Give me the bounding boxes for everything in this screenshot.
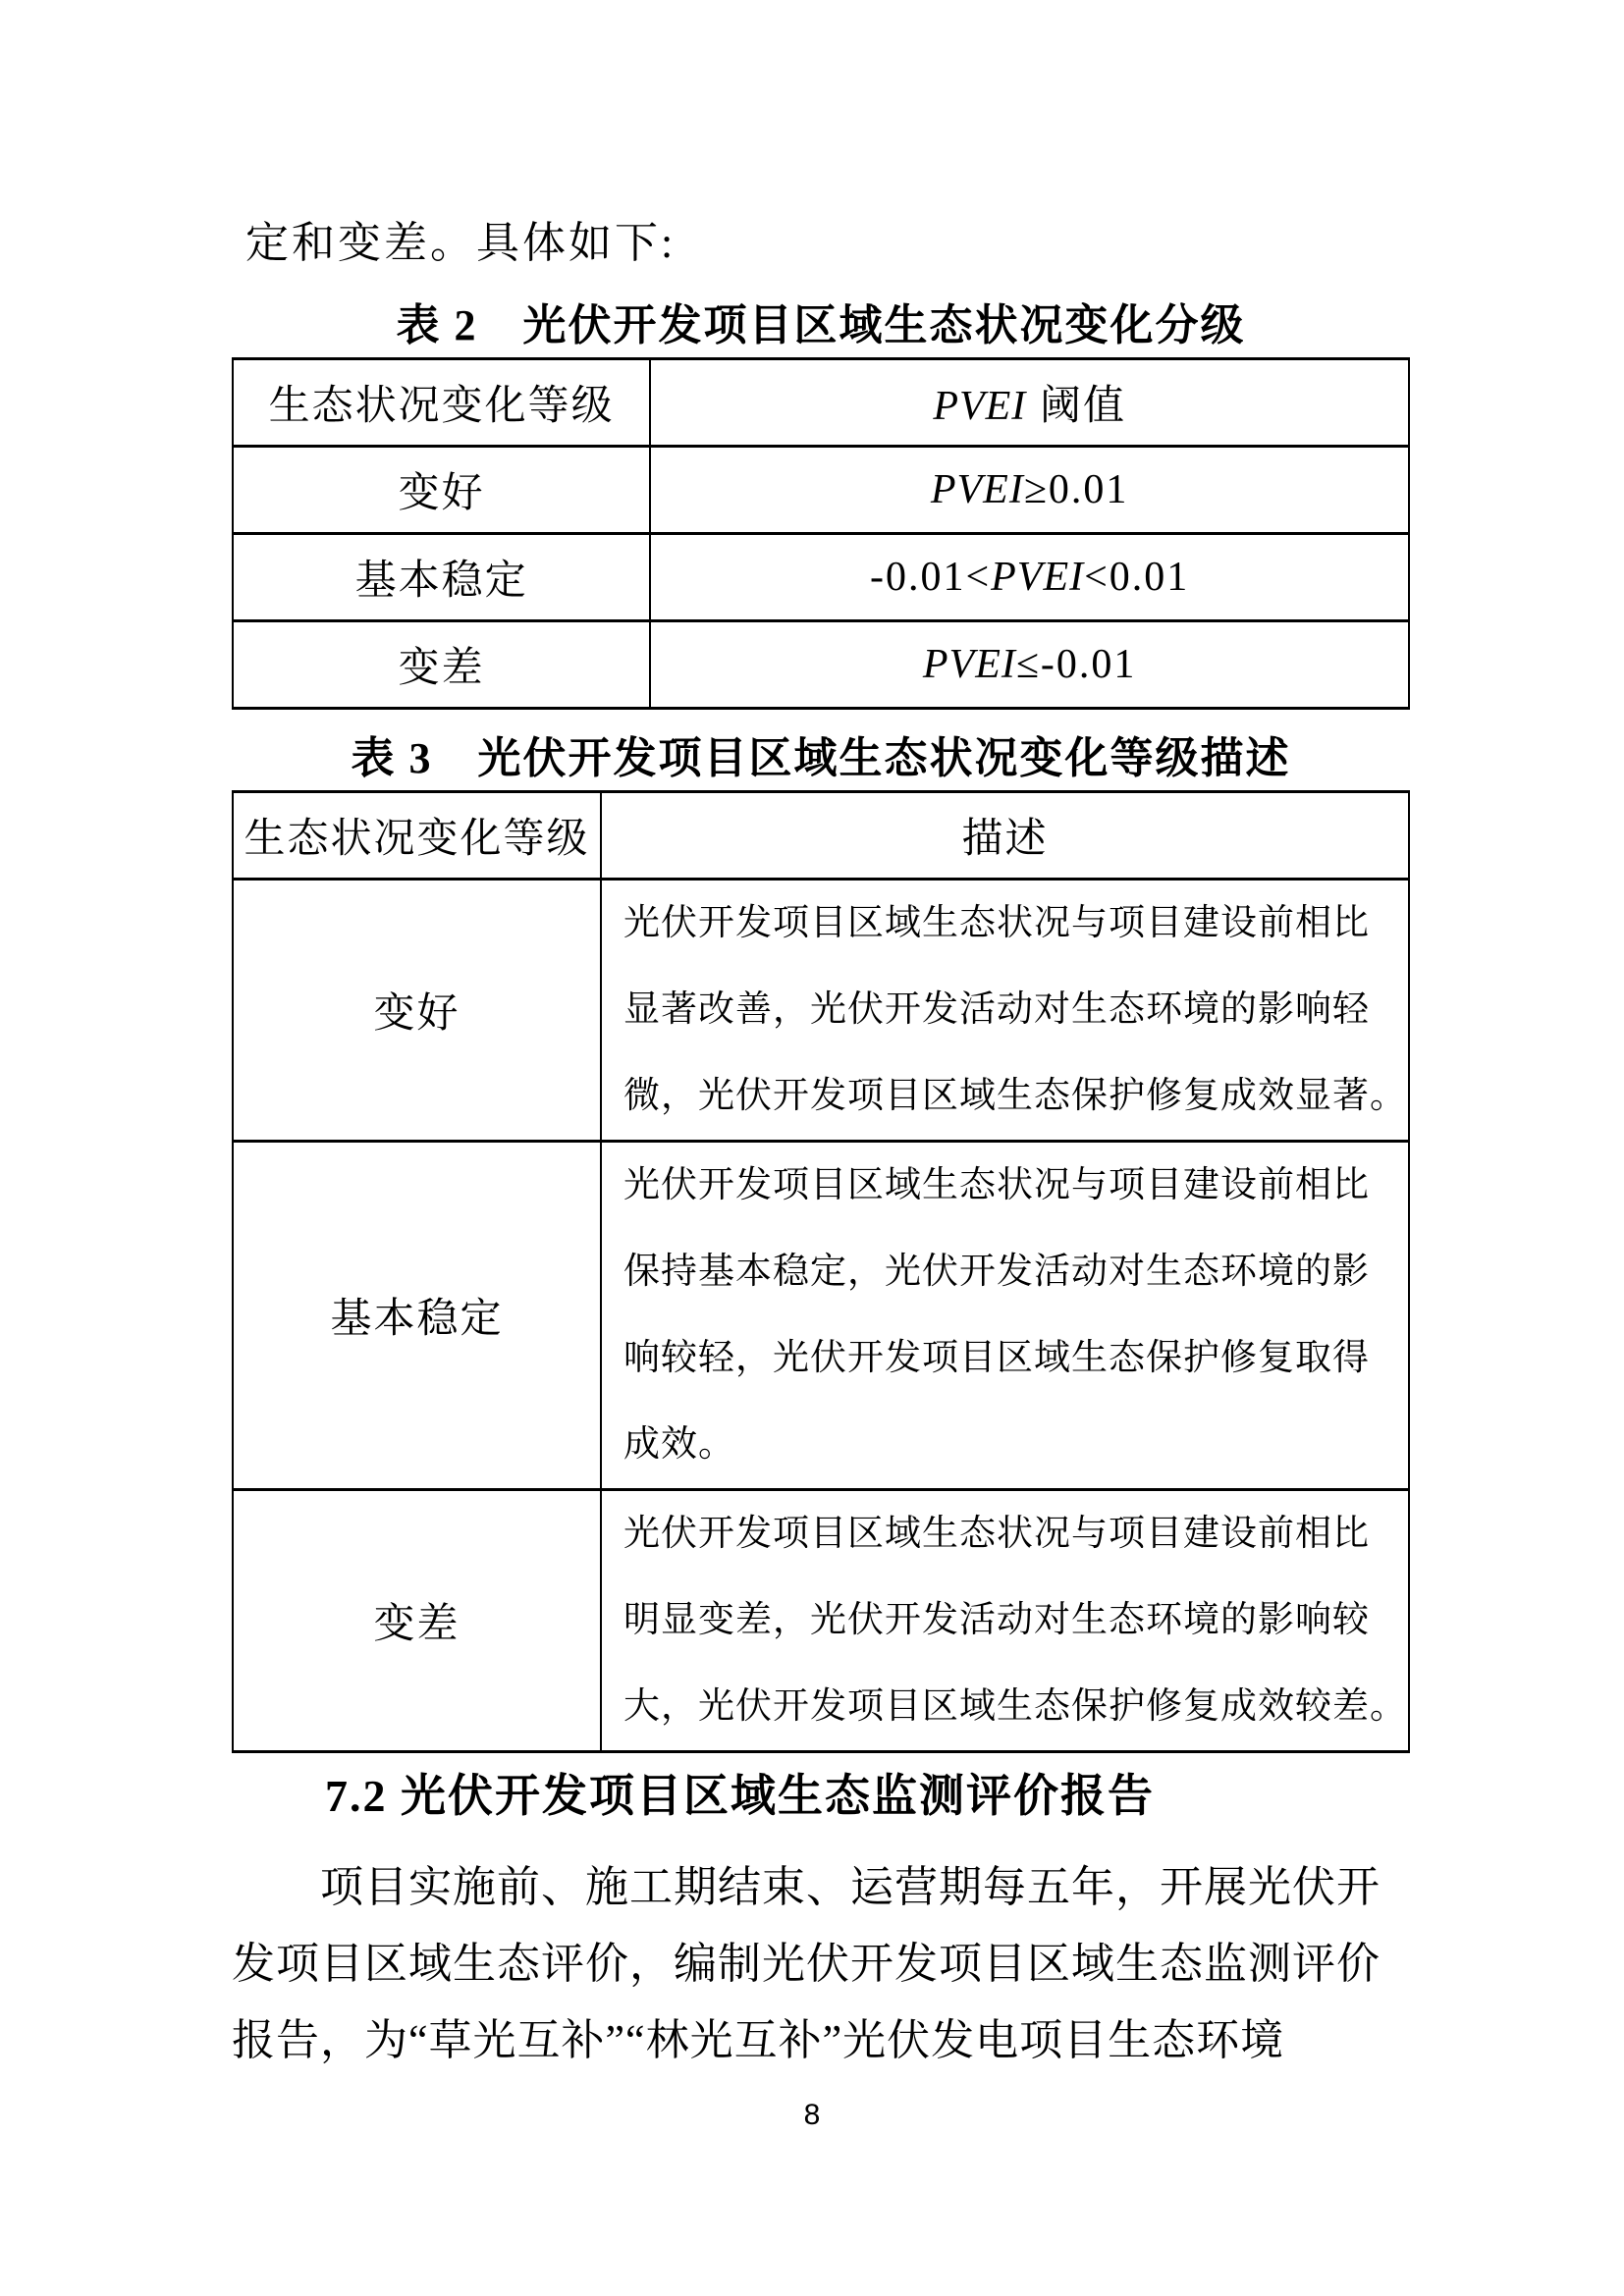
table2-row-worse: 变差 PVEI≤-0.01 [233, 621, 1409, 709]
description-line: 微，光伏开发项目区域生态保护修复成效显著。 [623, 1053, 1402, 1140]
level-cell: 变差 [233, 621, 650, 709]
table3-header-row: 生态状况变化等级 描述 [233, 792, 1409, 880]
threshold-post: ≤-0.01 [1016, 642, 1137, 687]
table2-header-threshold: PVEI 阈值 [650, 359, 1409, 447]
table3-row-stable: 基本稳定 光伏开发项目区域生态状况与项目建设前相比 保持基本稳定，光伏开发活动对… [233, 1142, 1409, 1490]
body-paragraph: 项目实施前、施工期结束、运营期每五年，开展光伏开 发项目区域生态评价，编制光伏开… [232, 1849, 1410, 2079]
description-line: 显著改善，光伏开发活动对生态环境的影响轻 [623, 967, 1402, 1053]
level-cell: 变好 [233, 447, 650, 534]
threshold-pre: -0.01< [870, 555, 991, 600]
level-cell: 基本稳定 [233, 534, 650, 621]
pvei-variable: PVEI [991, 555, 1084, 600]
table3-header-description: 描述 [601, 792, 1409, 880]
threshold-cell: PVEI≥0.01 [650, 447, 1409, 534]
description-line: 响较轻，光伏开发项目区域生态保护修复取得 [623, 1315, 1402, 1402]
level-cell: 变差 [233, 1490, 601, 1752]
description-line: 成效。 [623, 1402, 1402, 1488]
pvei-variable: PVEI [931, 467, 1024, 512]
intro-text: 定和变差。具体如下: [232, 216, 1410, 271]
section-heading-7-2: 7.2 光伏开发项目区域生态监测评价报告 [232, 1769, 1410, 1824]
paragraph-line: 发项目区域生态评价，编制光伏开发项目区域生态监测评价 [232, 1926, 1410, 2002]
pvei-variable: PVEI [923, 642, 1016, 687]
threshold-post: ≥0.01 [1024, 467, 1129, 512]
description-line: 光伏开发项目区域生态状况与项目建设前相比 [623, 1491, 1402, 1577]
description-cell: 光伏开发项目区域生态状况与项目建设前相比 显著改善，光伏开发活动对生态环境的影响… [601, 880, 1409, 1142]
level-cell: 变好 [233, 880, 601, 1142]
threshold-label: 阈值 [1026, 382, 1126, 428]
description-cell: 光伏开发项目区域生态状况与项目建设前相比 保持基本稳定，光伏开发活动对生态环境的… [601, 1142, 1409, 1490]
description-line: 保持基本稳定，光伏开发活动对生态环境的影 [623, 1229, 1402, 1315]
level-cell: 基本稳定 [233, 1142, 601, 1490]
table3-title: 表 3 光伏开发项目区域生态状况变化等级描述 [232, 733, 1410, 784]
page-content: 定和变差。具体如下: 表 2 光伏开发项目区域生态状况变化分级 生态状况变化等级… [232, 0, 1410, 2079]
table2-ecological-change-grading: 生态状况变化等级 PVEI 阈值 变好 PVEI≥0.01 基本稳定 -0.01… [232, 357, 1410, 710]
threshold-post: <0.01 [1084, 555, 1189, 600]
description-cell: 光伏开发项目区域生态状况与项目建设前相比 明显变差，光伏开发活动对生态环境的影响… [601, 1490, 1409, 1752]
page-number: 8 [0, 2099, 1624, 2132]
table2-row-better: 变好 PVEI≥0.01 [233, 447, 1409, 534]
pvei-variable: PVEI [933, 384, 1026, 429]
paragraph-line: 报告，为“草光互补”“林光互补”光伏发电项目生态环境 [232, 2002, 1410, 2079]
table3-row-worse: 变差 光伏开发项目区域生态状况与项目建设前相比 明显变差，光伏开发活动对生态环境… [233, 1490, 1409, 1752]
description-line: 光伏开发项目区域生态状况与项目建设前相比 [623, 881, 1402, 967]
threshold-cell: PVEI≤-0.01 [650, 621, 1409, 709]
description-line: 光伏开发项目区域生态状况与项目建设前相比 [623, 1143, 1402, 1229]
table3-ecological-change-description: 生态状况变化等级 描述 变好 光伏开发项目区域生态状况与项目建设前相比 显著改善… [232, 790, 1410, 1753]
table3-header-level: 生态状况变化等级 [233, 792, 601, 880]
threshold-cell: -0.01<PVEI<0.01 [650, 534, 1409, 621]
table2-header-level: 生态状况变化等级 [233, 359, 650, 447]
table2-title: 表 2 光伏开发项目区域生态状况变化分级 [232, 300, 1410, 351]
description-line: 明显变差，光伏开发活动对生态环境的影响较 [623, 1577, 1402, 1664]
table2-row-stable: 基本稳定 -0.01<PVEI<0.01 [233, 534, 1409, 621]
table2-header-row: 生态状况变化等级 PVEI 阈值 [233, 359, 1409, 447]
paragraph-line: 项目实施前、施工期结束、运营期每五年，开展光伏开 [232, 1849, 1410, 1926]
table3-row-better: 变好 光伏开发项目区域生态状况与项目建设前相比 显著改善，光伏开发活动对生态环境… [233, 880, 1409, 1142]
document-page: 定和变差。具体如下: 表 2 光伏开发项目区域生态状况变化分级 生态状况变化等级… [0, 0, 1624, 2296]
description-line: 大，光伏开发项目区域生态保护修复成效较差。 [623, 1664, 1402, 1750]
